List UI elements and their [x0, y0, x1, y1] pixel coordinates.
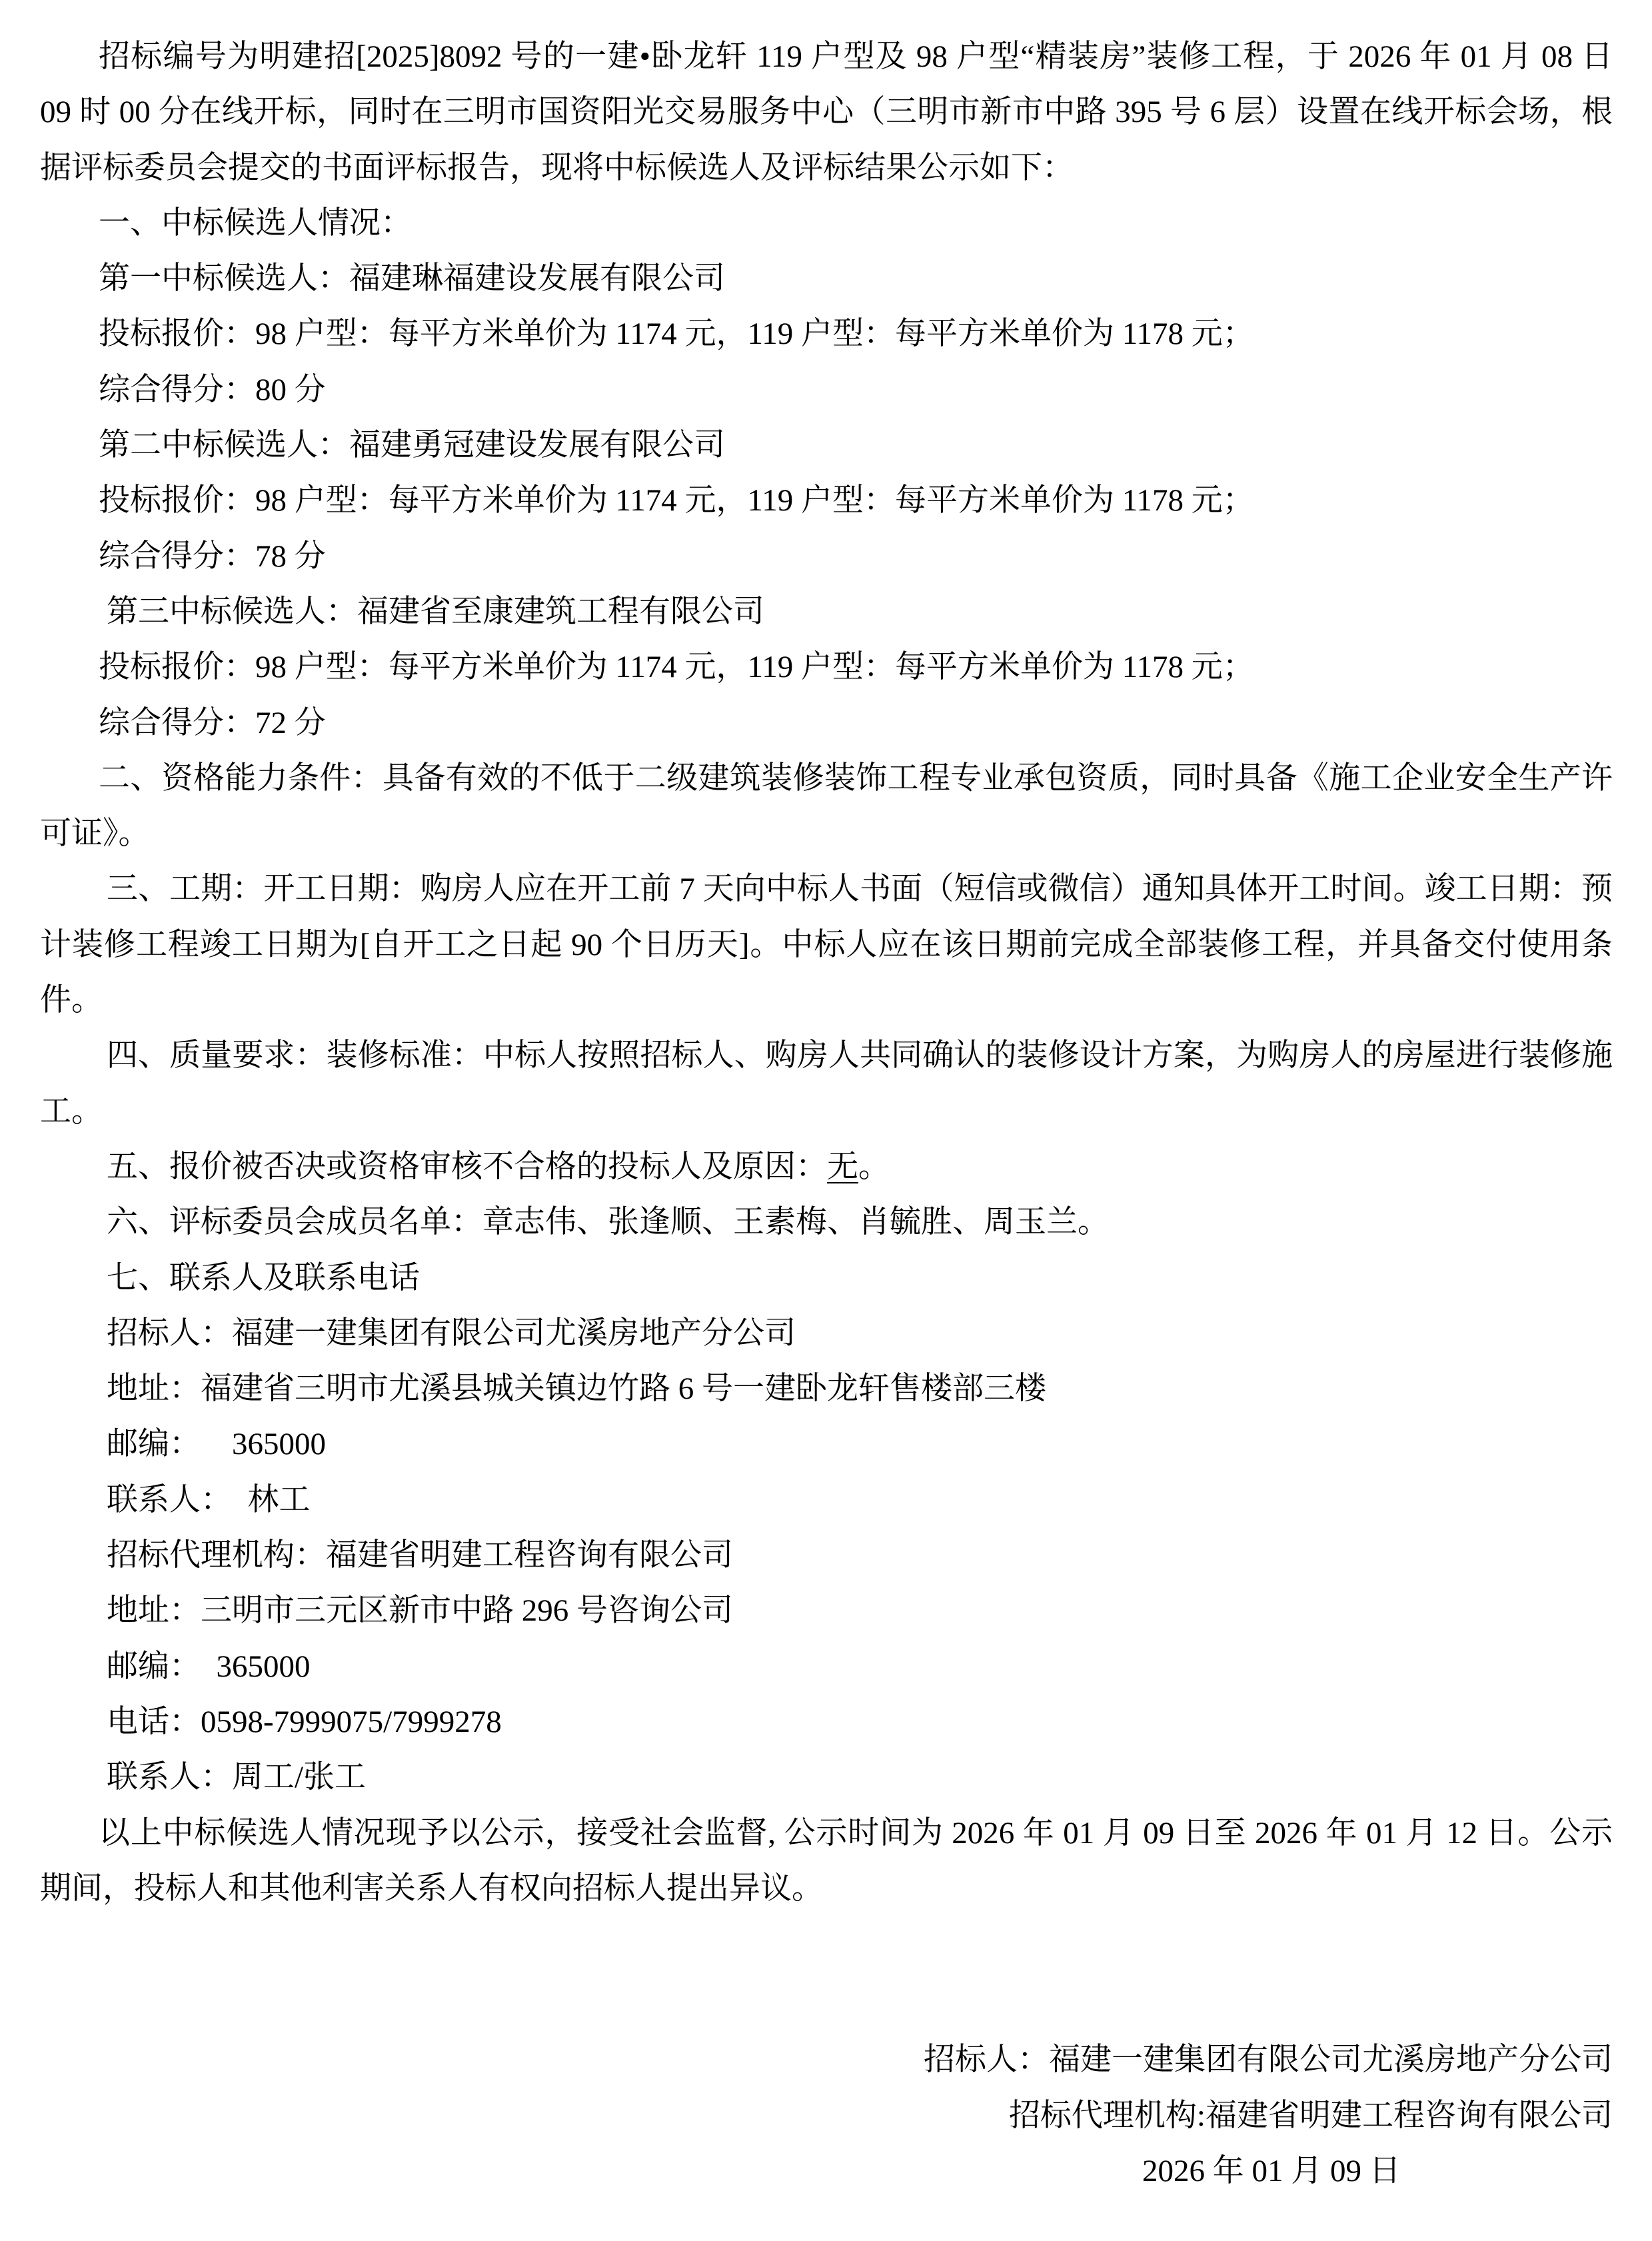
- agency-postcode: 邮编： 365000: [40, 1639, 1613, 1695]
- agency-name: 招标代理机构：福建省明建工程咨询有限公司: [40, 1528, 1613, 1583]
- section-1-heading: 一、中标候选人情况：: [40, 196, 1613, 251]
- section-6-committee: 六、评标委员会成员名单：章志伟、张逢顺、王素梅、肖毓胜、周玉兰。: [40, 1195, 1613, 1250]
- agency-phone: 电话：0598-7999075/7999278: [40, 1695, 1613, 1750]
- signature-agency: 招标代理机构:福建省明建工程咨询有限公司: [1009, 2088, 1613, 2144]
- candidate-3-bid: 投标报价：98 户型：每平方米单价为 1174 元，119 户型：每平方米单价为…: [40, 640, 1613, 695]
- agency-contact: 联系人：周工/张工: [40, 1750, 1613, 1805]
- section-5-rejected-bidders: 五、报价被否决或资格审核不合格的投标人及原因：无。: [40, 1139, 1613, 1195]
- agency-address: 地址：三明市三元区新市中路 296 号咨询公司: [40, 1583, 1613, 1639]
- candidate-1-bid: 投标报价：98 户型：每平方米单价为 1174 元，119 户型：每平方米单价为…: [40, 307, 1613, 362]
- section-2-qualification: 二、资格能力条件：具备有效的不低于二级建筑装修装饰工程专业承包资质，同时具备《施…: [40, 751, 1613, 862]
- announcement-body: 招标编号为明建招[2025]8092 号的一建•卧龙轩 119 户型及 98 户…: [40, 29, 1613, 1916]
- candidate-2-bid: 投标报价：98 户型：每平方米单价为 1174 元，119 户型：每平方米单价为…: [40, 473, 1613, 528]
- signature-date: 2026 年 01 月 09 日: [1142, 2144, 1401, 2199]
- candidate-3-label: 第三中标候选人：福建省至康建筑工程有限公司: [40, 584, 1613, 640]
- tenderer-address: 地址：福建省三明市尤溪县城关镇边竹路 6 号一建卧龙轩售楼部三楼: [40, 1361, 1613, 1417]
- candidate-3-score: 综合得分：72 分: [40, 696, 1613, 751]
- intro-paragraph: 招标编号为明建招[2025]8092 号的一建•卧龙轩 119 户型及 98 户…: [40, 29, 1613, 196]
- section-5-suffix: 。: [858, 1149, 890, 1184]
- tenderer-name: 招标人：福建一建集团有限公司尤溪房地产分公司: [40, 1306, 1613, 1361]
- candidate-2-score: 综合得分：78 分: [40, 529, 1613, 584]
- candidate-1-label: 第一中标候选人：福建琳福建设发展有限公司: [40, 251, 1613, 307]
- section-5-value: 无: [827, 1149, 858, 1184]
- section-3-schedule: 三、工期：开工日期：购房人应在开工前 7 天向中标人书面（短信或微信）通知具体开…: [40, 862, 1613, 1028]
- signature-tenderer: 招标人：福建一建集团有限公司尤溪房地产分公司: [924, 2032, 1613, 2088]
- section-7-heading: 七、联系人及联系电话: [40, 1251, 1613, 1306]
- tenderer-contact: 联系人： 林工: [40, 1473, 1613, 1528]
- closing-paragraph: 以上中标候选人情况现予以公示，接受社会监督, 公示时间为 2026 年 01 月…: [40, 1806, 1613, 1917]
- candidate-2-label: 第二中标候选人：福建勇冠建设发展有限公司: [40, 418, 1613, 473]
- section-4-quality: 四、质量要求：装修标准：中标人按照招标人、购房人共同确认的装修设计方案，为购房人…: [40, 1028, 1613, 1139]
- section-5-prefix: 五、报价被否决或资格审核不合格的投标人及原因：: [107, 1149, 827, 1184]
- tenderer-postcode: 邮编： 365000: [40, 1417, 1613, 1472]
- candidate-1-score: 综合得分：80 分: [40, 363, 1613, 418]
